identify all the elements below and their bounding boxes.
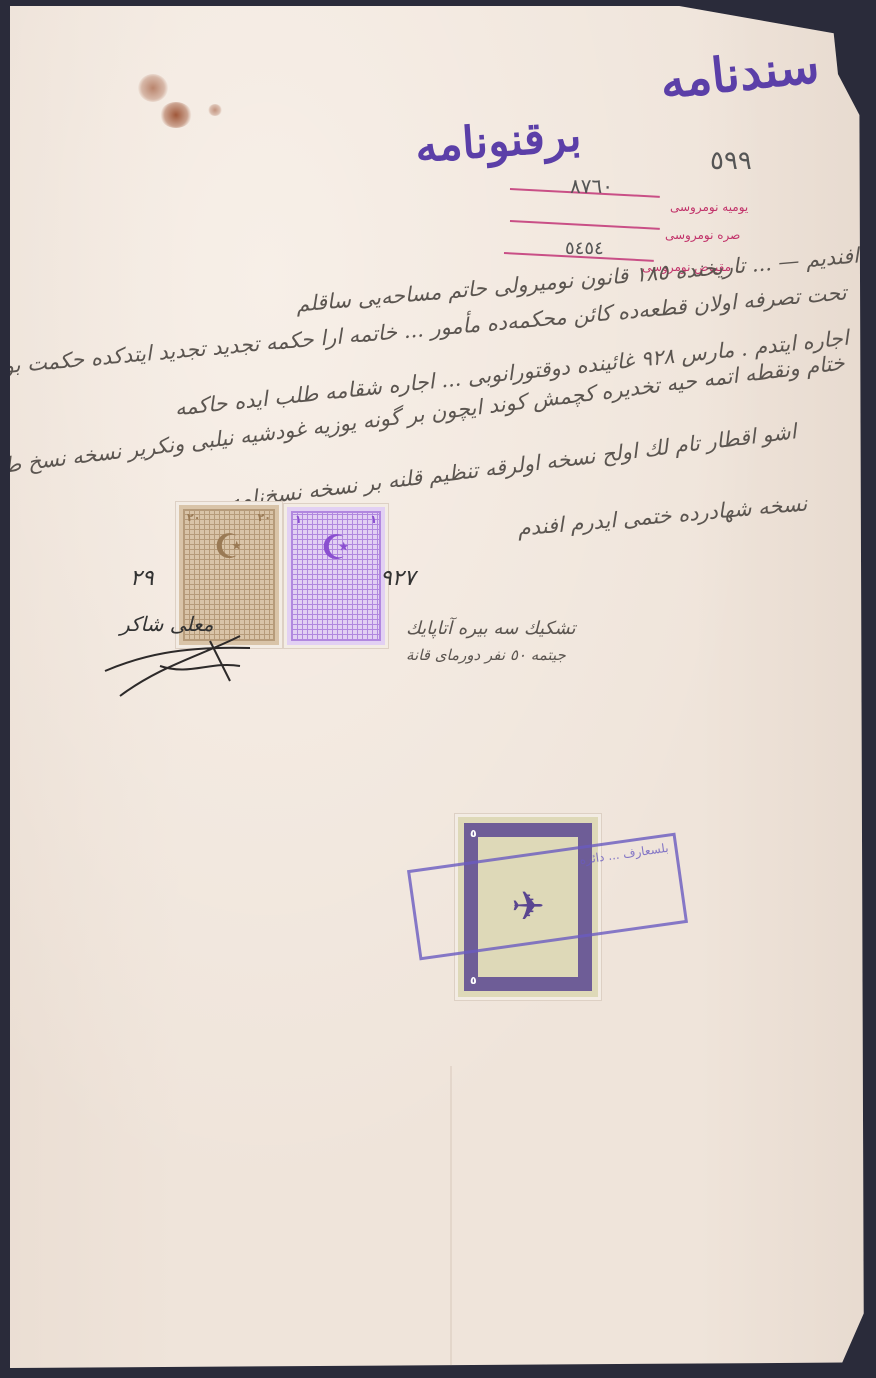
ink-stain: [160, 102, 192, 128]
stamp-denomination: ٥: [470, 827, 477, 840]
registry-received-value: ٥٤٥٤: [565, 238, 604, 259]
document-number: ٥٩٩: [710, 146, 752, 176]
revenue-stamp-purple: ☪ ١ ١: [284, 504, 388, 648]
crescent-star-icon: ☪: [214, 527, 244, 567]
registry-bundle-label: صره نومروسى: [665, 228, 740, 242]
stamp-denomination: ١: [370, 513, 377, 526]
ink-stain: [138, 74, 168, 102]
date-mark: ٢٩: [130, 566, 154, 591]
stamp-denomination: ١: [295, 513, 302, 526]
body-line: نسخه شهادرده ختمى ايدرم افندم: [517, 491, 809, 540]
registry-daily-value: ٨٧٦٠: [570, 174, 613, 198]
stamp-denomination: ٥: [470, 974, 477, 987]
signature-scribble: [100, 626, 270, 706]
margin-note-line1: تشكيك سه بيره آتاپايك: [406, 618, 575, 639]
cancellation-stamp-text: بلسعارف ... دائره: [579, 841, 670, 867]
margin-note-line2: جيتمه ٥٠ نفر دورماى قانة: [406, 646, 566, 664]
ink-stain: [208, 104, 222, 116]
stamp-denomination: ٢٠: [258, 511, 271, 524]
cancellation-box-stamp: بلسعارف ... دائره: [407, 833, 688, 961]
header-stamp-lower: برقنونامه: [413, 110, 583, 172]
date-mark: ٩٢٧: [380, 566, 415, 591]
crescent-star-icon: ☪: [321, 528, 351, 568]
stamp-denomination: ٢٠: [187, 511, 200, 524]
document-paper: سندنامه برقنونامه ٥٩٩ ٨٧٦٠ يوميه نومروسى…: [10, 6, 868, 1368]
fold-crease: [450, 1066, 452, 1366]
registry-daily-label: يوميه نومروسى: [670, 200, 748, 214]
registry-underline: [510, 220, 660, 229]
header-stamp-upper: سندنامه: [658, 38, 822, 110]
